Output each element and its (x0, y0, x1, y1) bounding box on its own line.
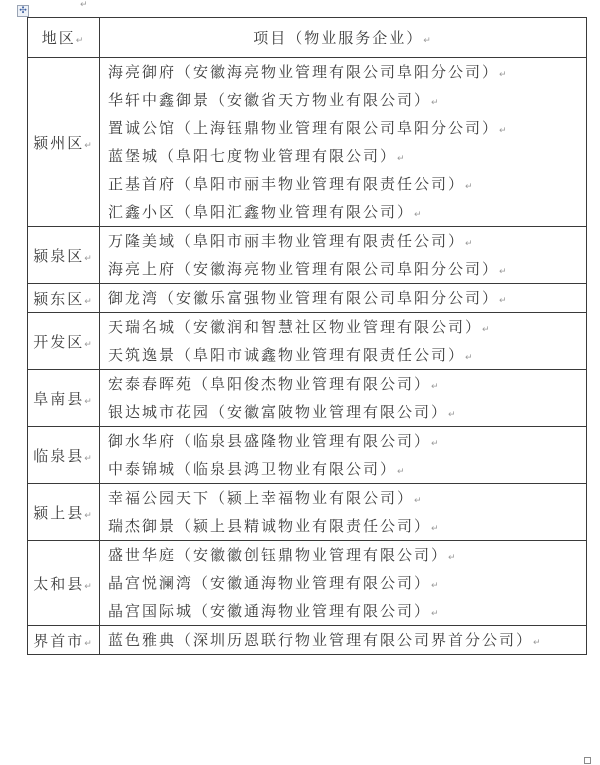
region-label: 颍上县 (33, 504, 84, 522)
project-entry: 万隆美域（阜阳市丽丰物业管理有限责任公司） (108, 232, 465, 250)
table-move-handle-icon[interactable]: ✣ (17, 5, 29, 17)
paragraph-mark-icon: ↵ (397, 154, 407, 164)
project-entry: 置诚公馆（上海钰鼎物业管理有限公司阜阳分公司） (108, 119, 499, 137)
items-cell[interactable]: 幸福公园天下（颍上幸福物业有限公司）↵瑞杰御景（颍上县精诚物业有限责任公司）↵ (100, 484, 587, 541)
paragraph-mark-icon: ↵ (84, 397, 94, 407)
table-resize-handle-icon[interactable] (584, 757, 591, 764)
table-row: 开发区↵天瑞名城（安徽润和智慧社区物业管理有限公司）↵天筑逸景（阜阳市诚鑫物业管… (28, 313, 587, 370)
paragraph-mark-icon: ↵ (499, 126, 509, 136)
region-label: 阜南县 (33, 390, 84, 408)
table-row: 阜南县↵宏泰春晖苑（阜阳俊杰物业管理有限公司）↵银达城市花园（安徽富陂物业管理有… (28, 370, 587, 427)
table-row: 颍东区↵御龙湾（安徽乐富强物业管理有限公司阜阳分公司）↵ (28, 284, 587, 313)
project-entry: 晶宫悦澜湾（安徽通海物业管理有限公司） (108, 574, 431, 592)
project-entry: 御水华府（临泉县盛隆物业管理有限公司） (108, 432, 431, 450)
paragraph-mark-icon: ↵ (84, 340, 94, 350)
list-item: 汇鑫小区（阜阳汇鑫物业管理有限公司）↵ (108, 198, 586, 226)
paragraph-mark-icon: ↵ (499, 296, 509, 306)
region-cell[interactable]: 颍上县↵ (28, 484, 100, 541)
region-label: 界首市 (33, 632, 84, 650)
list-item: 晶宫国际城（安徽通海物业管理有限公司）↵ (108, 597, 586, 625)
region-cell[interactable]: 颍泉区↵ (28, 227, 100, 284)
project-entry: 正基首府（阜阳市丽丰物业管理有限责任公司） (108, 175, 465, 193)
list-item: 蓝堡城（阜阳七度物业管理有限公司）↵ (108, 142, 586, 170)
paragraph-mark-icon: ↵ (465, 182, 475, 192)
project-entry: 蓝色雅典（深圳历恩联行物业管理有限公司界首分公司） (108, 631, 533, 649)
list-item: 海亮御府（安徽海亮物业管理有限公司阜阳分公司）↵ (108, 58, 586, 86)
list-item: 御水华府（临泉县盛隆物业管理有限公司）↵ (108, 427, 586, 455)
header-items-cell[interactable]: 项目（物业服务企业）↵ (100, 18, 587, 58)
region-label: 开发区 (33, 333, 84, 351)
region-cell[interactable]: 临泉县↵ (28, 427, 100, 484)
paragraph-mark-icon: ↵ (431, 524, 441, 534)
region-cell[interactable]: 开发区↵ (28, 313, 100, 370)
items-cell[interactable]: 宏泰春晖苑（阜阳俊杰物业管理有限公司）↵银达城市花园（安徽富陂物业管理有限公司）… (100, 370, 587, 427)
items-cell[interactable]: 天瑞名城（安徽润和智慧社区物业管理有限公司）↵天筑逸景（阜阳市诚鑫物业管理有限责… (100, 313, 587, 370)
list-item: 中泰锦城（临泉县鸿卫物业有限公司）↵ (108, 455, 586, 483)
region-cell[interactable]: 颍东区↵ (28, 284, 100, 313)
paragraph-mark-icon: ↵ (431, 98, 441, 108)
items-cell[interactable]: 万隆美域（阜阳市丽丰物业管理有限责任公司）↵海亮上府（安徽海亮物业管理有限公司阜… (100, 227, 587, 284)
paragraph-mark-icon: ↵ (448, 410, 458, 420)
table-row: 太和县↵盛世华庭（安徽徽创钰鼎物业管理有限公司）↵晶宫悦澜湾（安徽通海物业管理有… (28, 541, 587, 626)
paragraph-mark-icon: ↵ (414, 496, 424, 506)
region-label: 颍泉区 (33, 247, 84, 265)
project-entry: 盛世华庭（安徽徽创钰鼎物业管理有限公司） (108, 546, 448, 564)
list-item: 天瑞名城（安徽润和智慧社区物业管理有限公司）↵ (108, 313, 586, 341)
project-entry: 银达城市花园（安徽富陂物业管理有限公司） (108, 403, 448, 421)
table-row: 临泉县↵御水华府（临泉县盛隆物业管理有限公司）↵中泰锦城（临泉县鸿卫物业有限公司… (28, 427, 587, 484)
region-label: 临泉县 (33, 447, 84, 465)
list-item: 盛世华庭（安徽徽创钰鼎物业管理有限公司）↵ (108, 541, 586, 569)
list-item: 置诚公馆（上海钰鼎物业管理有限公司阜阳分公司）↵ (108, 114, 586, 142)
paragraph-mark-icon: ↵ (84, 254, 94, 264)
items-cell[interactable]: 蓝色雅典（深圳历恩联行物业管理有限公司界首分公司）↵ (100, 626, 587, 655)
table-row: 颍州区↵海亮御府（安徽海亮物业管理有限公司阜阳分公司）↵华轩中鑫御景（安徽省天方… (28, 58, 587, 227)
paragraph-mark-icon: ↵ (84, 511, 94, 521)
list-item: 御龙湾（安徽乐富强物业管理有限公司阜阳分公司）↵ (108, 284, 586, 312)
paragraph-mark-icon: ↵ (533, 638, 543, 648)
paragraph-mark-icon: ↵ (84, 454, 94, 464)
list-item: 银达城市花园（安徽富陂物业管理有限公司）↵ (108, 398, 586, 426)
items-cell[interactable]: 御水华府（临泉县盛隆物业管理有限公司）↵中泰锦城（临泉县鸿卫物业有限公司）↵ (100, 427, 587, 484)
region-label: 太和县 (33, 575, 84, 593)
paragraph-mark-icon: ↵ (84, 141, 94, 151)
project-entry: 华轩中鑫御景（安徽省天方物业有限公司） (108, 91, 431, 109)
paragraph-mark-icon: ↵ (465, 239, 475, 249)
paragraph-mark-icon: ↵ (76, 36, 86, 46)
table-header-row: 地区↵ 项目（物业服务企业）↵ (28, 18, 587, 58)
items-cell[interactable]: 海亮御府（安徽海亮物业管理有限公司阜阳分公司）↵华轩中鑫御景（安徽省天方物业有限… (100, 58, 587, 227)
region-cell[interactable]: 颍州区↵ (28, 58, 100, 227)
table-row: 颍泉区↵万隆美域（阜阳市丽丰物业管理有限责任公司）↵海亮上府（安徽海亮物业管理有… (28, 227, 587, 284)
project-entry: 汇鑫小区（阜阳汇鑫物业管理有限公司） (108, 203, 414, 221)
list-item: 正基首府（阜阳市丽丰物业管理有限责任公司）↵ (108, 170, 586, 198)
project-entry: 蓝堡城（阜阳七度物业管理有限公司） (108, 147, 397, 165)
project-entry: 中泰锦城（临泉县鸿卫物业有限公司） (108, 460, 397, 478)
region-label: 颍东区 (33, 290, 84, 308)
project-entry: 御龙湾（安徽乐富强物业管理有限公司阜阳分公司） (108, 289, 499, 307)
paragraph-mark-icon: ↵ (499, 267, 509, 277)
project-entry: 海亮御府（安徽海亮物业管理有限公司阜阳分公司） (108, 63, 499, 81)
paragraph-mark-icon: ↵ (431, 382, 441, 392)
items-cell[interactable]: 盛世华庭（安徽徽创钰鼎物业管理有限公司）↵晶宫悦澜湾（安徽通海物业管理有限公司）… (100, 541, 587, 626)
project-entry: 宏泰春晖苑（阜阳俊杰物业管理有限公司） (108, 375, 431, 393)
list-item: 万隆美域（阜阳市丽丰物业管理有限责任公司）↵ (108, 227, 586, 255)
project-entry: 天筑逸景（阜阳市诚鑫物业管理有限责任公司） (108, 346, 465, 364)
region-cell[interactable]: 阜南县↵ (28, 370, 100, 427)
paragraph-mark-icon: ↵ (80, 0, 88, 10)
project-entry: 晶宫国际城（安徽通海物业管理有限公司） (108, 602, 431, 620)
project-entry: 天瑞名城（安徽润和智慧社区物业管理有限公司） (108, 318, 482, 336)
list-item: 海亮上府（安徽海亮物业管理有限公司阜阳分公司）↵ (108, 255, 586, 283)
paragraph-mark-icon: ↵ (84, 297, 94, 307)
items-cell[interactable]: 御龙湾（安徽乐富强物业管理有限公司阜阳分公司）↵ (100, 284, 587, 313)
paragraph-mark-icon: ↵ (499, 70, 509, 80)
region-label: 颍州区 (33, 134, 84, 152)
region-cell[interactable]: 太和县↵ (28, 541, 100, 626)
paragraph-mark-icon: ↵ (423, 36, 433, 46)
list-item: 蓝色雅典（深圳历恩联行物业管理有限公司界首分公司）↵ (108, 626, 586, 654)
header-region-label: 地区 (42, 29, 76, 47)
paragraph-mark-icon: ↵ (448, 553, 458, 563)
paragraph-mark-icon: ↵ (431, 581, 441, 591)
paragraph-mark-icon: ↵ (84, 582, 94, 592)
paragraph-mark-icon: ↵ (482, 325, 492, 335)
property-table: 地区↵ 项目（物业服务企业）↵ 颍州区↵海亮御府（安徽海亮物业管理有限公司阜阳分… (27, 17, 587, 655)
paragraph-mark-icon: ↵ (397, 467, 407, 477)
list-item: 幸福公园天下（颍上幸福物业有限公司）↵ (108, 484, 586, 512)
list-item: 宏泰春晖苑（阜阳俊杰物业管理有限公司）↵ (108, 370, 586, 398)
paragraph-mark-icon: ↵ (414, 210, 424, 220)
project-entry: 瑞杰御景（颍上县精诚物业有限责任公司） (108, 517, 431, 535)
paragraph-mark-icon: ↵ (431, 609, 441, 619)
paragraph-mark-icon: ↵ (84, 639, 94, 649)
paragraph-mark-icon: ↵ (465, 353, 475, 363)
region-cell[interactable]: 界首市↵ (28, 626, 100, 655)
list-item: 瑞杰御景（颍上县精诚物业有限责任公司）↵ (108, 512, 586, 540)
table-row: 颍上县↵幸福公园天下（颍上幸福物业有限公司）↵瑞杰御景（颍上县精诚物业有限责任公… (28, 484, 587, 541)
project-entry: 海亮上府（安徽海亮物业管理有限公司阜阳分公司） (108, 260, 499, 278)
header-items-label: 项目（物业服务企业） (253, 29, 423, 47)
table-row: 界首市↵蓝色雅典（深圳历恩联行物业管理有限公司界首分公司）↵ (28, 626, 587, 655)
list-item: 华轩中鑫御景（安徽省天方物业有限公司）↵ (108, 86, 586, 114)
header-region-cell[interactable]: 地区↵ (28, 18, 100, 58)
project-entry: 幸福公园天下（颍上幸福物业有限公司） (108, 489, 414, 507)
paragraph-mark-icon: ↵ (431, 439, 441, 449)
list-item: 天筑逸景（阜阳市诚鑫物业管理有限责任公司）↵ (108, 341, 586, 369)
list-item: 晶宫悦澜湾（安徽通海物业管理有限公司）↵ (108, 569, 586, 597)
